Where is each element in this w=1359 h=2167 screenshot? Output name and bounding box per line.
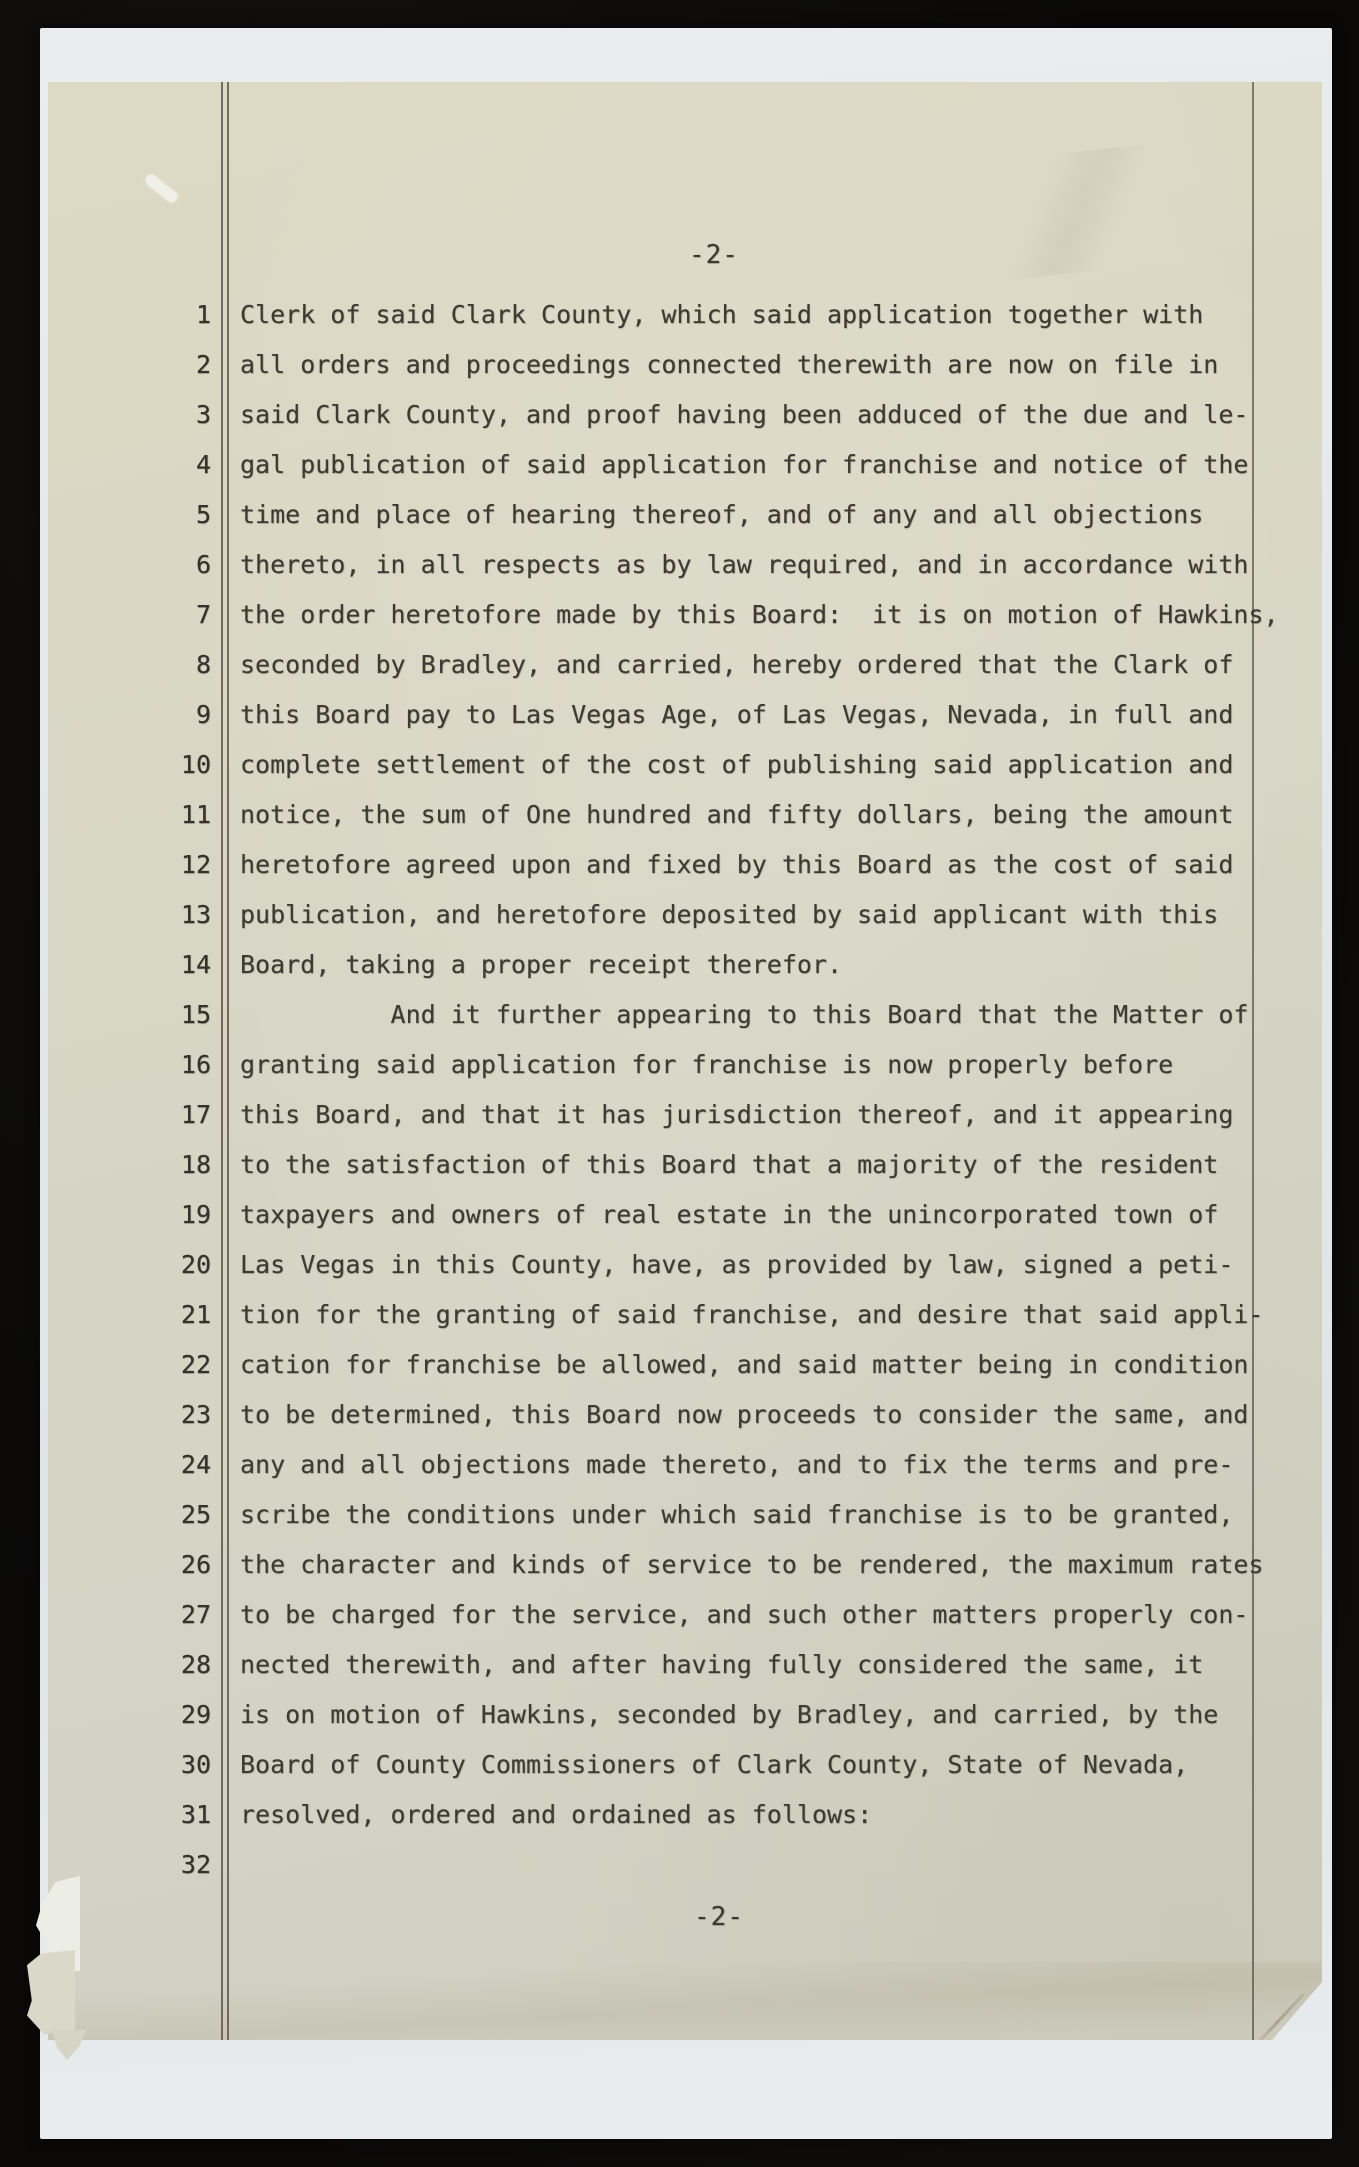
document-page: -2- 1Clerk of said Clark County, which s… xyxy=(48,82,1322,2040)
typed-line: 1Clerk of said Clark County, which said … xyxy=(48,300,1322,350)
line-text: to be charged for the service, and such … xyxy=(240,1600,1248,1629)
line-number: 22 xyxy=(103,1350,211,1379)
torn-paper-fragment xyxy=(27,1950,75,2034)
line-number: 3 xyxy=(103,400,211,429)
line-text: scribe the conditions under which said f… xyxy=(240,1500,1233,1529)
line-text: notice, the sum of One hundred and fifty… xyxy=(240,800,1233,829)
line-text: gal publication of said application for … xyxy=(240,450,1248,479)
paper-crease xyxy=(48,1962,1322,2052)
typed-line: 2all orders and proceedings connected th… xyxy=(48,350,1322,400)
line-number: 5 xyxy=(103,500,211,529)
typed-line: 19taxpayers and owners of real estate in… xyxy=(48,1200,1322,1250)
typed-line: 32 xyxy=(48,1850,1322,1900)
typed-line: 21tion for the granting of said franchis… xyxy=(48,1300,1322,1350)
typed-line: 18to the satisfaction of this Board that… xyxy=(48,1150,1322,1200)
line-text: all orders and proceedings connected the… xyxy=(240,350,1218,379)
line-number: 26 xyxy=(103,1550,211,1579)
typed-line: 9this Board pay to Las Vegas Age, of Las… xyxy=(48,700,1322,750)
typed-line: 17this Board, and that it has jurisdicti… xyxy=(48,1100,1322,1150)
typed-line: 29is on motion of Hawkins, seconded by B… xyxy=(48,1700,1322,1750)
line-text: cation for franchise be allowed, and sai… xyxy=(240,1350,1248,1379)
line-number: 25 xyxy=(103,1500,211,1529)
line-number: 18 xyxy=(103,1150,211,1179)
page-number-header: -2- xyxy=(689,240,739,270)
line-text: is on motion of Hawkins, seconded by Bra… xyxy=(240,1700,1218,1729)
line-number: 16 xyxy=(103,1050,211,1079)
typed-line: 16granting said application for franchis… xyxy=(48,1050,1322,1100)
line-text: granting said application for franchise … xyxy=(240,1050,1173,1079)
typed-line: 15 And it further appearing to this Boar… xyxy=(48,1000,1322,1050)
typed-line: 20Las Vegas in this County, have, as pro… xyxy=(48,1250,1322,1300)
typed-line: 11notice, the sum of One hundred and fif… xyxy=(48,800,1322,850)
line-text: complete settlement of the cost of publi… xyxy=(240,750,1233,779)
line-number: 30 xyxy=(103,1750,211,1779)
line-number: 28 xyxy=(103,1650,211,1679)
typed-line: 26the character and kinds of service to … xyxy=(48,1550,1322,1600)
line-number: 23 xyxy=(103,1400,211,1429)
line-number: 15 xyxy=(103,1000,211,1029)
line-text: tion for the granting of said franchise,… xyxy=(240,1300,1264,1329)
line-text: said Clark County, and proof having been… xyxy=(240,400,1248,429)
line-text: taxpayers and owners of real estate in t… xyxy=(240,1200,1218,1229)
typed-line: 4gal publication of said application for… xyxy=(48,450,1322,500)
line-number: 10 xyxy=(103,750,211,779)
line-number: 7 xyxy=(103,600,211,629)
line-text: publication, and heretofore deposited by… xyxy=(240,900,1218,929)
line-text: Las Vegas in this County, have, as provi… xyxy=(240,1250,1233,1279)
line-number: 14 xyxy=(103,950,211,979)
line-number: 1 xyxy=(103,300,211,329)
typed-line: 6thereto, in all respects as by law requ… xyxy=(48,550,1322,600)
line-number: 21 xyxy=(103,1300,211,1329)
line-text: And it further appearing to this Board t… xyxy=(240,1000,1248,1029)
line-number: 19 xyxy=(103,1200,211,1229)
line-number: 27 xyxy=(103,1600,211,1629)
typed-line: 5time and place of hearing thereof, and … xyxy=(48,500,1322,550)
line-text: Board of County Commissioners of Clark C… xyxy=(240,1750,1188,1779)
line-text: time and place of hearing thereof, and o… xyxy=(240,500,1203,529)
line-number: 9 xyxy=(103,700,211,729)
typed-line: 25scribe the conditions under which said… xyxy=(48,1500,1322,1550)
typed-line: 27to be charged for the service, and suc… xyxy=(48,1600,1322,1650)
typed-line: 8seconded by Bradley, and carried, hereb… xyxy=(48,650,1322,700)
typed-line: 23to be determined, this Board now proce… xyxy=(48,1400,1322,1450)
line-text: heretofore agreed upon and fixed by this… xyxy=(240,850,1233,879)
line-number: 4 xyxy=(103,450,211,479)
line-number: 13 xyxy=(103,900,211,929)
line-text: this Board, and that it has jurisdiction… xyxy=(240,1100,1233,1129)
line-number: 29 xyxy=(103,1700,211,1729)
typed-line: 24any and all objections made thereto, a… xyxy=(48,1450,1322,1500)
line-text: to be determined, this Board now proceed… xyxy=(240,1400,1248,1429)
line-number: 20 xyxy=(103,1250,211,1279)
line-number: 8 xyxy=(103,650,211,679)
line-text: resolved, ordered and ordained as follow… xyxy=(240,1800,872,1829)
scanned-document: -2- 1Clerk of said Clark County, which s… xyxy=(0,0,1359,2167)
line-text: to the satisfaction of this Board that a… xyxy=(240,1150,1218,1179)
typed-line: 7the order heretofore made by this Board… xyxy=(48,600,1322,650)
line-number: 12 xyxy=(103,850,211,879)
line-number: 32 xyxy=(103,1850,211,1879)
line-text: seconded by Bradley, and carried, hereby… xyxy=(240,650,1233,679)
typed-line: 28nected therewith, and after having ful… xyxy=(48,1650,1322,1700)
typed-line: 22cation for franchise be allowed, and s… xyxy=(48,1350,1322,1400)
line-text: the character and kinds of service to be… xyxy=(240,1550,1264,1579)
paper-crease xyxy=(863,130,1293,293)
line-text: the order heretofore made by this Board:… xyxy=(240,600,1279,629)
line-number: 24 xyxy=(103,1450,211,1479)
line-number: 17 xyxy=(103,1100,211,1129)
line-number: 11 xyxy=(103,800,211,829)
typed-line: 3said Clark County, and proof having bee… xyxy=(48,400,1322,450)
line-text: thereto, in all respects as by law requi… xyxy=(240,550,1248,579)
line-number: 2 xyxy=(103,350,211,379)
line-text: this Board pay to Las Vegas Age, of Las … xyxy=(240,700,1233,729)
line-number: 31 xyxy=(103,1800,211,1829)
typed-line: 10complete settlement of the cost of pub… xyxy=(48,750,1322,800)
line-number: 6 xyxy=(103,550,211,579)
page-number-footer: -2- xyxy=(694,1902,744,1932)
typed-line: 13publication, and heretofore deposited … xyxy=(48,900,1322,950)
typed-line: 30Board of County Commissioners of Clark… xyxy=(48,1750,1322,1800)
line-text: Board, taking a proper receipt therefor. xyxy=(240,950,842,979)
line-text: nected therewith, and after having fully… xyxy=(240,1650,1203,1679)
typed-line: 31resolved, ordered and ordained as foll… xyxy=(48,1800,1322,1850)
line-text: any and all objections made thereto, and… xyxy=(240,1450,1233,1479)
typed-line: 14Board, taking a proper receipt therefo… xyxy=(48,950,1322,1000)
line-text: Clerk of said Clark County, which said a… xyxy=(240,300,1203,329)
typed-line: 12heretofore agreed upon and fixed by th… xyxy=(48,850,1322,900)
